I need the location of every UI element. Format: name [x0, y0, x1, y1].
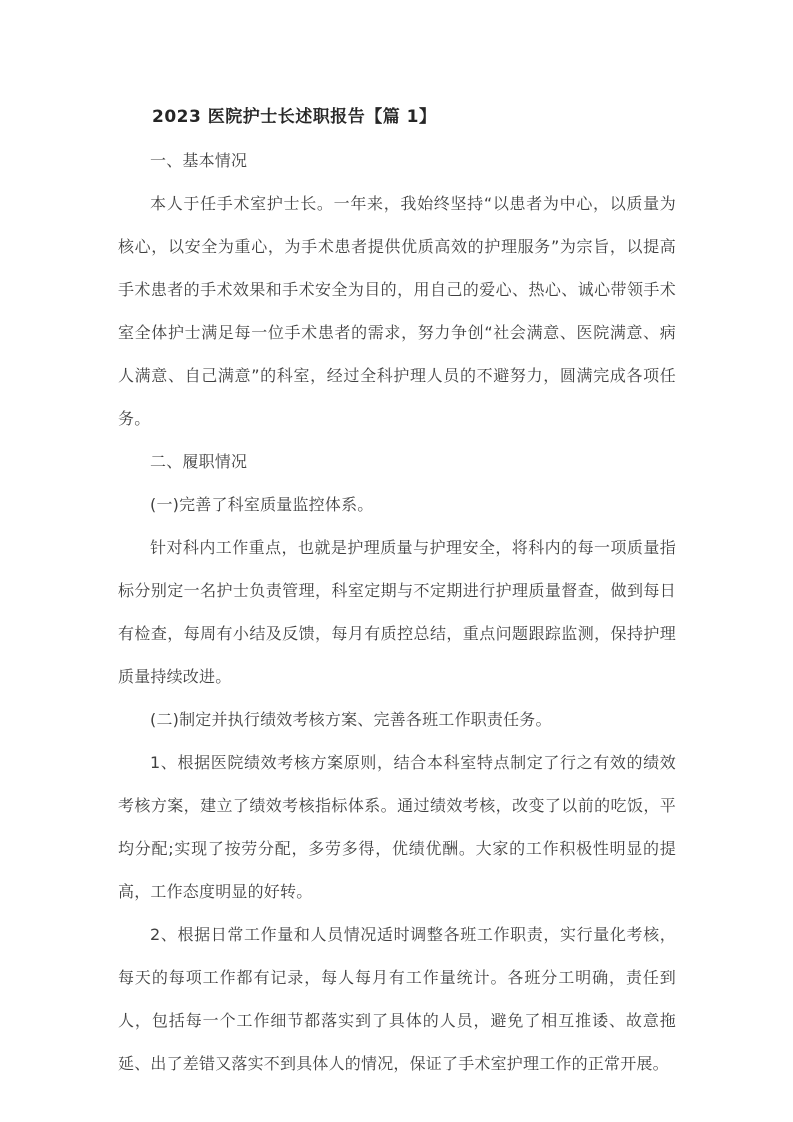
sub-heading: (一)完善了科室质量监控体系。 — [118, 483, 676, 526]
section-heading: 一、基本情况 — [118, 139, 676, 182]
body-paragraph: 2、根据日常工作量和人员情况适时调整各班工作职责，实行量化考核，每天的每项工作都… — [118, 913, 676, 1085]
section-heading: 二、履职情况 — [118, 440, 676, 483]
document-page: 2023 医院护士长述职报告【篇 1】 一、基本情况 本人于任手术室护士长。一年… — [0, 0, 793, 1122]
body-paragraph: 本人于任手术室护士长。一年来，我始终坚持“以患者为中心，以质量为核心，以安全为重… — [118, 182, 676, 440]
document-title: 2023 医院护士长述职报告【篇 1】 — [118, 96, 676, 139]
body-paragraph: 针对科内工作重点，也就是护理质量与护理安全，将科内的每一项质量指标分别定一名护士… — [118, 526, 676, 698]
sub-heading: (二)制定并执行绩效考核方案、完善各班工作职责任务。 — [118, 698, 676, 741]
body-paragraph: 1、根据医院绩效考核方案原则，结合本科室特点制定了行之有效的绩效考核方案，建立了… — [118, 741, 676, 913]
